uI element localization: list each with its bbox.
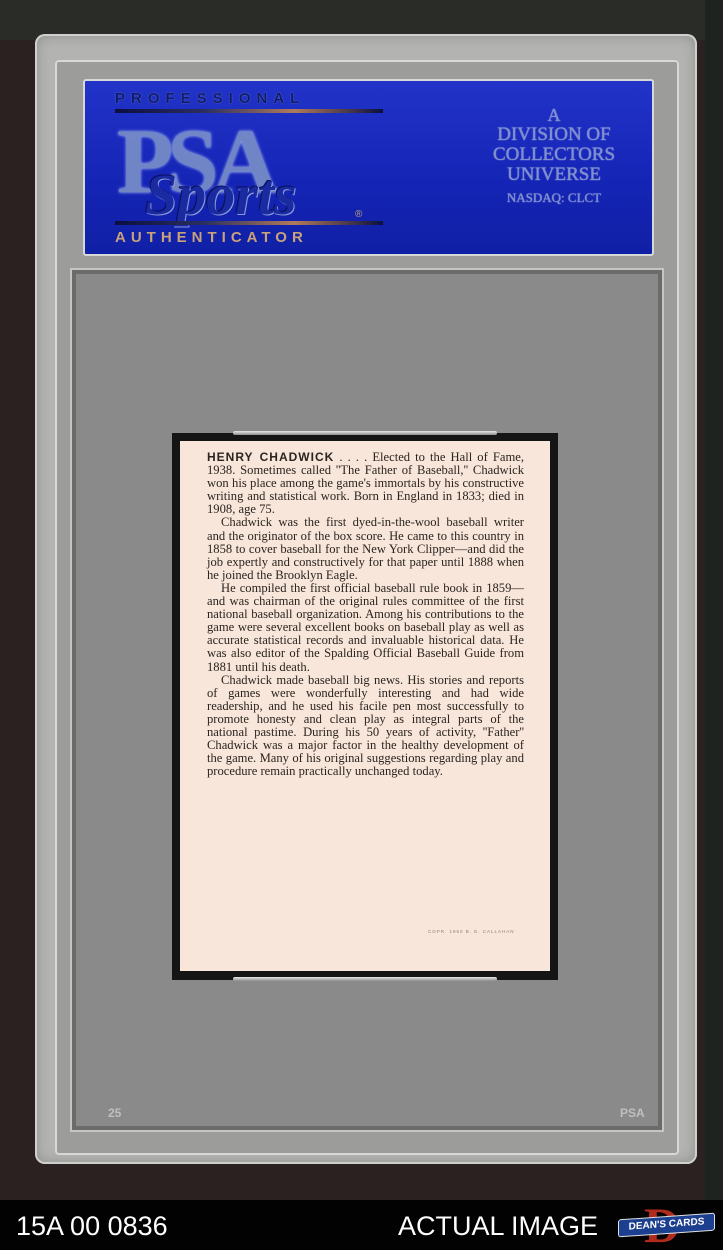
division-line-2: DIVISION OF bbox=[474, 125, 634, 145]
bio-paragraph-1: HENRY CHADWICK . . . . Elected to the Ha… bbox=[207, 451, 524, 516]
registered-mark: ® bbox=[355, 209, 362, 220]
nasdaq-ticker: NASDAQ: CLCT bbox=[474, 191, 634, 205]
slab-corner-mark-right: PSA bbox=[620, 1106, 645, 1120]
bio-paragraph-3: He compiled the first official baseball … bbox=[207, 582, 524, 674]
label-top-text: PROFESSIONAL bbox=[115, 90, 305, 107]
bio-paragraph-4: Chadwick made baseball big news. His sto… bbox=[207, 674, 524, 779]
cert-number: 15A 00 0836 bbox=[16, 1211, 168, 1242]
holder-clip-bottom bbox=[233, 977, 497, 981]
psa-label: PROFESSIONAL PSA Sports ® AUTHENTICATOR … bbox=[83, 79, 654, 256]
division-block: A DIVISION OF COLLECTORS UNIVERSE NASDAQ… bbox=[474, 106, 634, 204]
label-divider-bottom bbox=[115, 221, 383, 225]
deans-cards-logo[interactable]: D DEAN'S CARDS bbox=[618, 1204, 713, 1248]
label-bottom-text: AUTHENTICATOR bbox=[115, 229, 308, 246]
slab-corner-mark-left: 25 bbox=[108, 1106, 121, 1120]
psa-logo-script: Sports bbox=[145, 161, 297, 228]
player-name: HENRY CHADWICK bbox=[207, 450, 334, 464]
division-line-4: UNIVERSE bbox=[474, 165, 634, 185]
division-line-1: A bbox=[474, 106, 634, 125]
background-right bbox=[705, 0, 723, 1200]
holder-clip-top bbox=[233, 431, 497, 435]
card-copyright: COPR. 1950 B. E. CALLAHAN bbox=[428, 929, 515, 934]
division-line-3: COLLECTORS bbox=[474, 145, 634, 165]
bio-paragraph-2: Chadwick was the first dyed-in-the-wool … bbox=[207, 516, 524, 581]
logo-banner: DEAN'S CARDS bbox=[618, 1213, 715, 1238]
actual-image-label: ACTUAL IMAGE bbox=[398, 1211, 598, 1242]
card-bio-text: HENRY CHADWICK . . . . Elected to the Ha… bbox=[207, 451, 524, 778]
